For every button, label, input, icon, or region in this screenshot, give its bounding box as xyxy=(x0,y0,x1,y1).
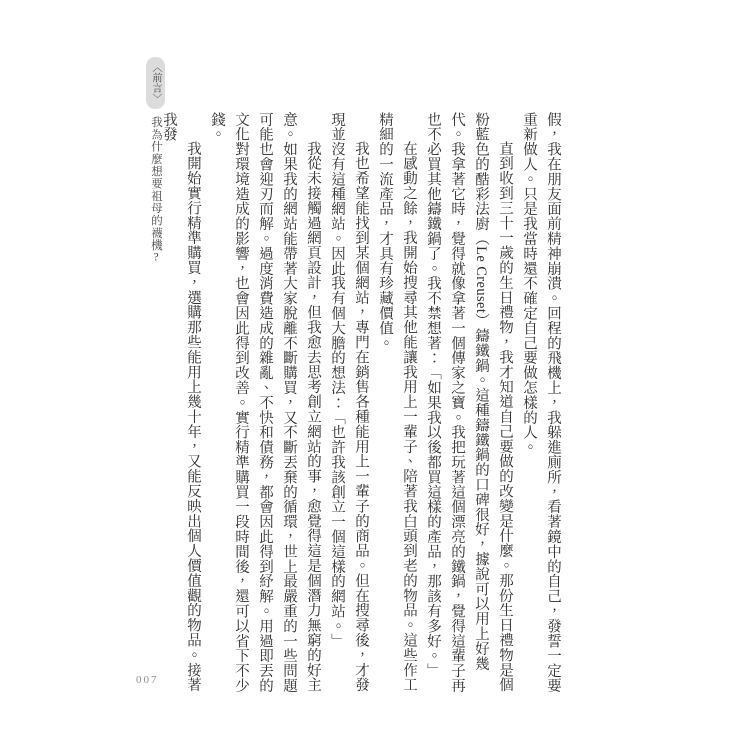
paragraph: 在感動之餘，我開始搜尋其他能讓我用上一輩子、陪著我白頭到老的物品。這些作工精細的… xyxy=(373,112,421,696)
page-number: 007 xyxy=(136,674,159,686)
paragraph: 我從未接觸過網頁設計，但我愈去思考創立網站的事，愈覺得這是個潛力無窮的好主意。如… xyxy=(205,112,325,696)
book-page: 〈前言〉 我為什麼想要祖母的襪機? 假，我在朋友面前精神崩潰。回程的飛機上，我躲… xyxy=(0,0,750,750)
body-text: 假，我在朋友面前精神崩潰。回程的飛機上，我躲進廁所，看著鏡中的自己，發誓一定要重… xyxy=(157,112,565,696)
section-badge: 〈前言〉 xyxy=(146,57,165,109)
section-badge-label: 〈前言〉 xyxy=(148,62,163,104)
paragraph: 假，我在朋友面前精神崩潰。回程的飛機上，我躲進廁所，看著鏡中的自己，發誓一定要重… xyxy=(517,112,565,696)
paragraph: 我開始實行精準購買，選購那些能用上幾十年，又能反映出個人價值觀的物品。接著我發 xyxy=(157,112,205,696)
paragraph: 我也希望能找到某個網站，專門在銷售各種能用上一輩子的商品。但在搜尋後，才發現並沒… xyxy=(325,112,373,696)
paragraph: 直到收到三十一歲的生日禮物，我才知道自己要做的改變是什麼。那份生日禮物是個粉藍色… xyxy=(421,112,517,696)
